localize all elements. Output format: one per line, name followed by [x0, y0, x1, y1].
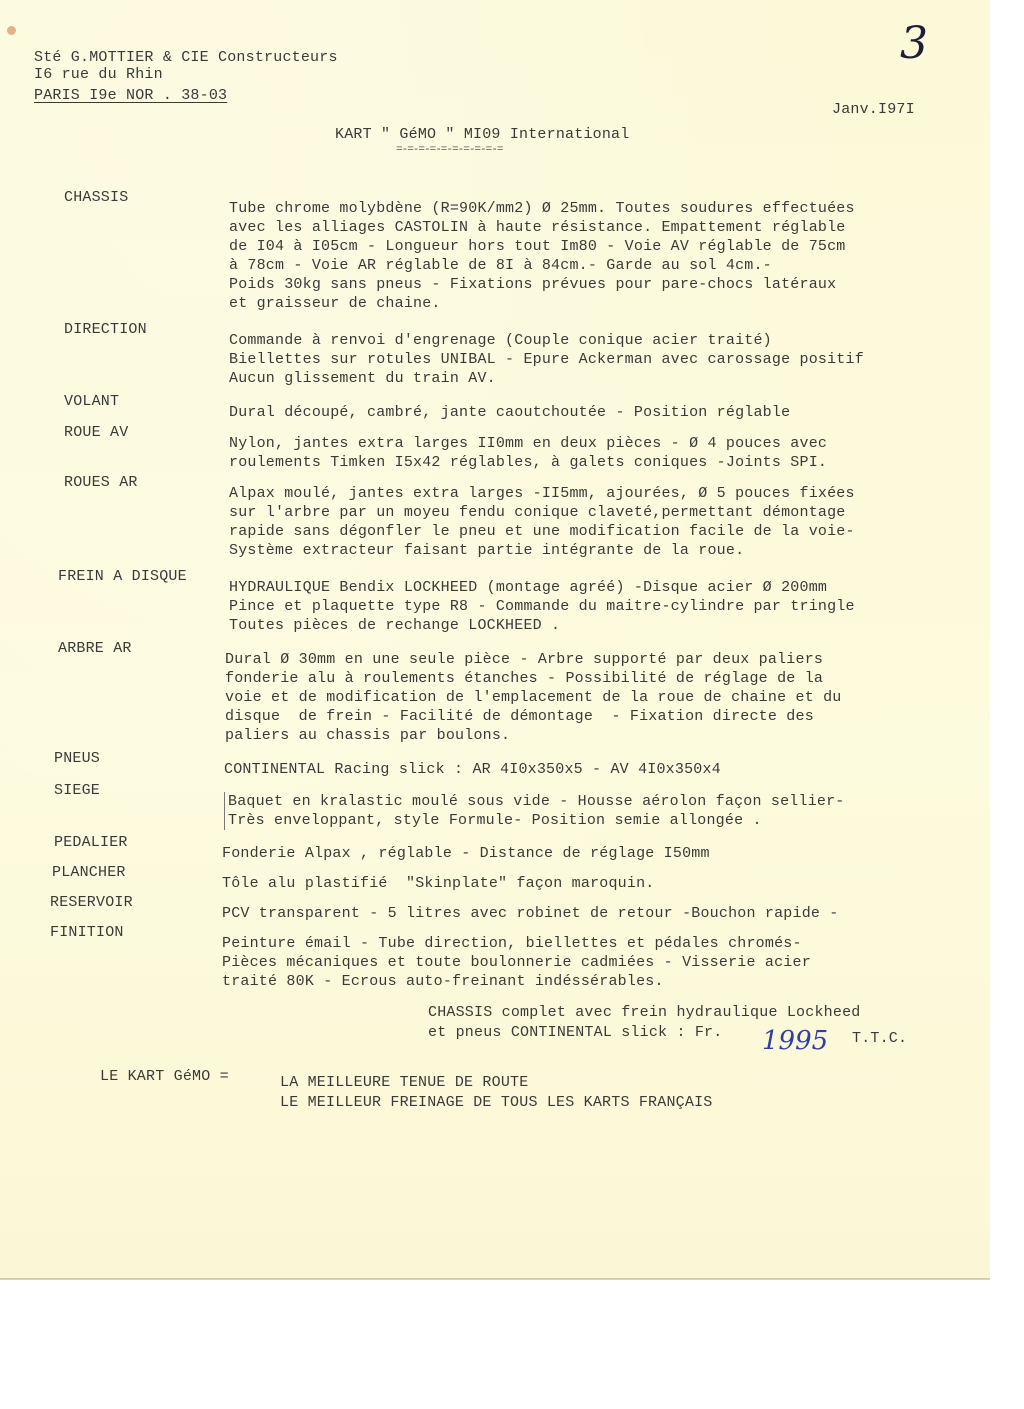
price-amount-handwritten: 1995 [762, 1026, 828, 1056]
description-line: Peinture émail - Tube direction, biellet… [222, 934, 811, 953]
description-line: Tube chrome molybdène (R=90K/mm2) Ø 25mm… [229, 199, 855, 218]
description-line: de I04 à I05cm - Longueur hors tout Im80… [229, 237, 855, 256]
description-line: Toutes pièces de rechange LOCKHEED . [229, 616, 855, 635]
description-line: à 78cm - Voie AR réglable de 8I à 84cm.-… [229, 256, 855, 275]
section-description: CONTINENTAL Racing slick : AR 4I0x350x5 … [224, 760, 721, 779]
description-line: Dural découpé, cambré, jante caoutchouté… [229, 403, 790, 422]
description-line: Nylon, jantes extra larges II0mm en deux… [229, 434, 827, 453]
section-description: Fonderie Alpax , réglable - Distance de … [222, 844, 710, 863]
section-description: Commande à renvoi d'engrenage (Couple co… [229, 331, 864, 388]
section-description: HYDRAULIQUE Bendix LOCKHEED (montage agr… [229, 578, 855, 635]
description-line: Pièces mécaniques et toute boulonnerie c… [222, 953, 811, 972]
section-label: VOLANT [64, 393, 119, 410]
description-line: Tôle alu plastifié "Skinplate" façon mar… [222, 874, 654, 893]
section-label: PLANCHER [52, 864, 126, 881]
section-label: ROUE AV [64, 424, 128, 441]
description-line: Très enveloppant, style Formule- Positio… [228, 811, 845, 830]
description-line: HYDRAULIQUE Bendix LOCKHEED (montage agr… [229, 578, 855, 597]
section-label: FREIN A DISQUE [58, 568, 187, 585]
description-line: rapide sans dégonfler le pneu et une mod… [229, 522, 855, 541]
description-line: traité 80K - Ecrous auto-freinant indéss… [222, 972, 811, 991]
slogan-subject: LE KART GéMO = [100, 1068, 229, 1085]
description-line: Baquet en kralastic moulé sous vide - Ho… [228, 792, 845, 811]
section-description: Baquet en kralastic moulé sous vide - Ho… [224, 792, 845, 830]
section-description: PCV transparent - 5 litres avec robinet … [222, 904, 839, 923]
description-line: disque de frein - Facilité de démontage … [225, 707, 842, 726]
section-label: ARBRE AR [58, 640, 132, 657]
description-line: Fonderie Alpax , réglable - Distance de … [222, 844, 710, 863]
description-line: fonderie alu à roulements étanches - Pos… [225, 669, 842, 688]
description-line: Système extracteur faisant partie intégr… [229, 541, 855, 560]
document-page: 3 Sté G.MOTTIER & CIE Constructeurs I6 r… [0, 0, 990, 1279]
paper-stain [7, 26, 16, 35]
price-conditions: et pneus CONTINENTAL slick : Fr. [428, 1024, 722, 1041]
description-line: roulements Timken I5x42 réglables, à gal… [229, 453, 827, 472]
section-label: PEDALIER [54, 834, 128, 851]
section-description: Dural découpé, cambré, jante caoutchouté… [229, 403, 790, 422]
page-number: 3 [900, 18, 928, 69]
description-line: Commande à renvoi d'engrenage (Couple co… [229, 331, 864, 350]
description-line: Dural Ø 30mm en une seule pièce - Arbre … [225, 650, 842, 669]
section-description: Dural Ø 30mm en une seule pièce - Arbre … [225, 650, 842, 745]
section-label: FINITION [50, 924, 124, 941]
section-description: Nylon, jantes extra larges II0mm en deux… [229, 434, 827, 472]
section-label: SIEGE [54, 782, 100, 799]
sender-city-phone: PARIS I9e NOR . 38-03 [34, 87, 227, 104]
description-line: paliers au chassis par boulons. [225, 726, 842, 745]
section-label: RESERVOIR [50, 894, 133, 911]
description-line: CONTINENTAL Racing slick : AR 4I0x350x5 … [224, 760, 721, 779]
section-label: CHASSIS [64, 189, 128, 206]
document-date: Janv.I97I [832, 101, 915, 118]
description-line: PCV transparent - 5 litres avec robinet … [222, 904, 839, 923]
description-line: Biellettes sur rotules UNIBAL - Epure Ac… [229, 350, 864, 369]
section-description: Alpax moulé, jantes extra larges -II5mm,… [229, 484, 855, 560]
sender-name: Sté G.MOTTIER & CIE Constructeurs [34, 49, 338, 66]
description-line: Aucun glissement du train AV. [229, 369, 864, 388]
description-line: Poids 30kg sans pneus - Fixations prévue… [229, 275, 855, 294]
price-description: CHASSIS complet avec frein hydraulique L… [428, 1004, 860, 1021]
slogan-line-2: LE MEILLEUR FREINAGE DE TOUS LES KARTS F… [280, 1094, 712, 1111]
description-line: et graisseur de chaine. [229, 294, 855, 313]
section-description: Tôle alu plastifié "Skinplate" façon mar… [222, 874, 654, 893]
price-tax-note: T.T.C. [852, 1030, 907, 1047]
section-description: Tube chrome molybdène (R=90K/mm2) Ø 25mm… [229, 199, 855, 313]
description-line: avec les alliages CASTOLIN à haute résis… [229, 218, 855, 237]
document-title: KART " GéMO " MI09 International [335, 126, 629, 143]
slogan-line-1: LA MEILLEURE TENUE DE ROUTE [280, 1074, 528, 1091]
description-line: voie et de modification de l'emplacement… [225, 688, 842, 707]
section-label: ROUES AR [64, 474, 138, 491]
sender-street: I6 rue du Rhin [34, 66, 163, 83]
description-line: sur l'arbre par un moyeu fendu conique c… [229, 503, 855, 522]
section-description: Peinture émail - Tube direction, biellet… [222, 934, 811, 991]
section-label: DIRECTION [64, 321, 147, 338]
description-line: Pince et plaquette type R8 - Commande du… [229, 597, 855, 616]
title-underline-rule: =-=-=-=-=-=-=-=-=-= [396, 144, 502, 156]
section-label: PNEUS [54, 750, 100, 767]
description-line: Alpax moulé, jantes extra larges -II5mm,… [229, 484, 855, 503]
